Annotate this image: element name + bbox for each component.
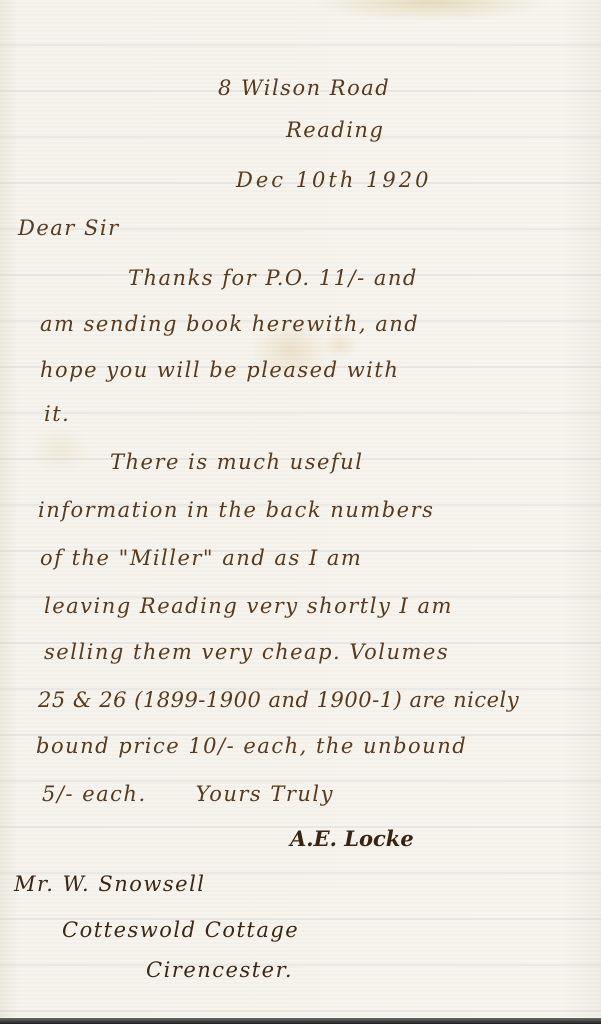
salutation: Dear Sir bbox=[18, 218, 120, 239]
recipient-name: Mr. W. Snowsell bbox=[14, 874, 206, 895]
letter-page: 8 Wilson Road Reading Dec 10th 1920 Dear… bbox=[0, 0, 601, 1018]
body-line-8: leaving Reading very shortly I am bbox=[44, 596, 453, 617]
body-line-1: Thanks for P.O. 11/- and bbox=[128, 268, 418, 289]
page-bottom-edge bbox=[0, 1018, 601, 1024]
body-line-2: am sending book herewith, and bbox=[40, 314, 419, 335]
body-line-10: 25 & 26 (1899-1900 and 1900-1) are nicel… bbox=[38, 690, 519, 711]
body-line-9: selling them very cheap. Volumes bbox=[44, 642, 449, 663]
closing-line: 5/- each. Yours Truly bbox=[42, 784, 334, 805]
letter-date: Dec 10th 1920 bbox=[236, 170, 432, 191]
body-line-4: it. bbox=[44, 404, 70, 425]
signature: A.E. Locke bbox=[290, 828, 414, 849]
sender-address-line: 8 Wilson Road bbox=[218, 78, 390, 99]
body-line-3: hope you will be pleased with bbox=[40, 360, 399, 381]
recipient-town: Cirencester. bbox=[146, 960, 293, 981]
sender-town: Reading bbox=[286, 120, 384, 141]
recipient-house: Cotteswold Cottage bbox=[62, 920, 299, 941]
body-line-5: There is much useful bbox=[110, 452, 363, 473]
body-line-11: bound price 10/- each, the unbound bbox=[36, 736, 467, 757]
body-line-6: information in the back numbers bbox=[38, 500, 434, 521]
body-line-7: of the "Miller" and as I am bbox=[40, 548, 362, 569]
